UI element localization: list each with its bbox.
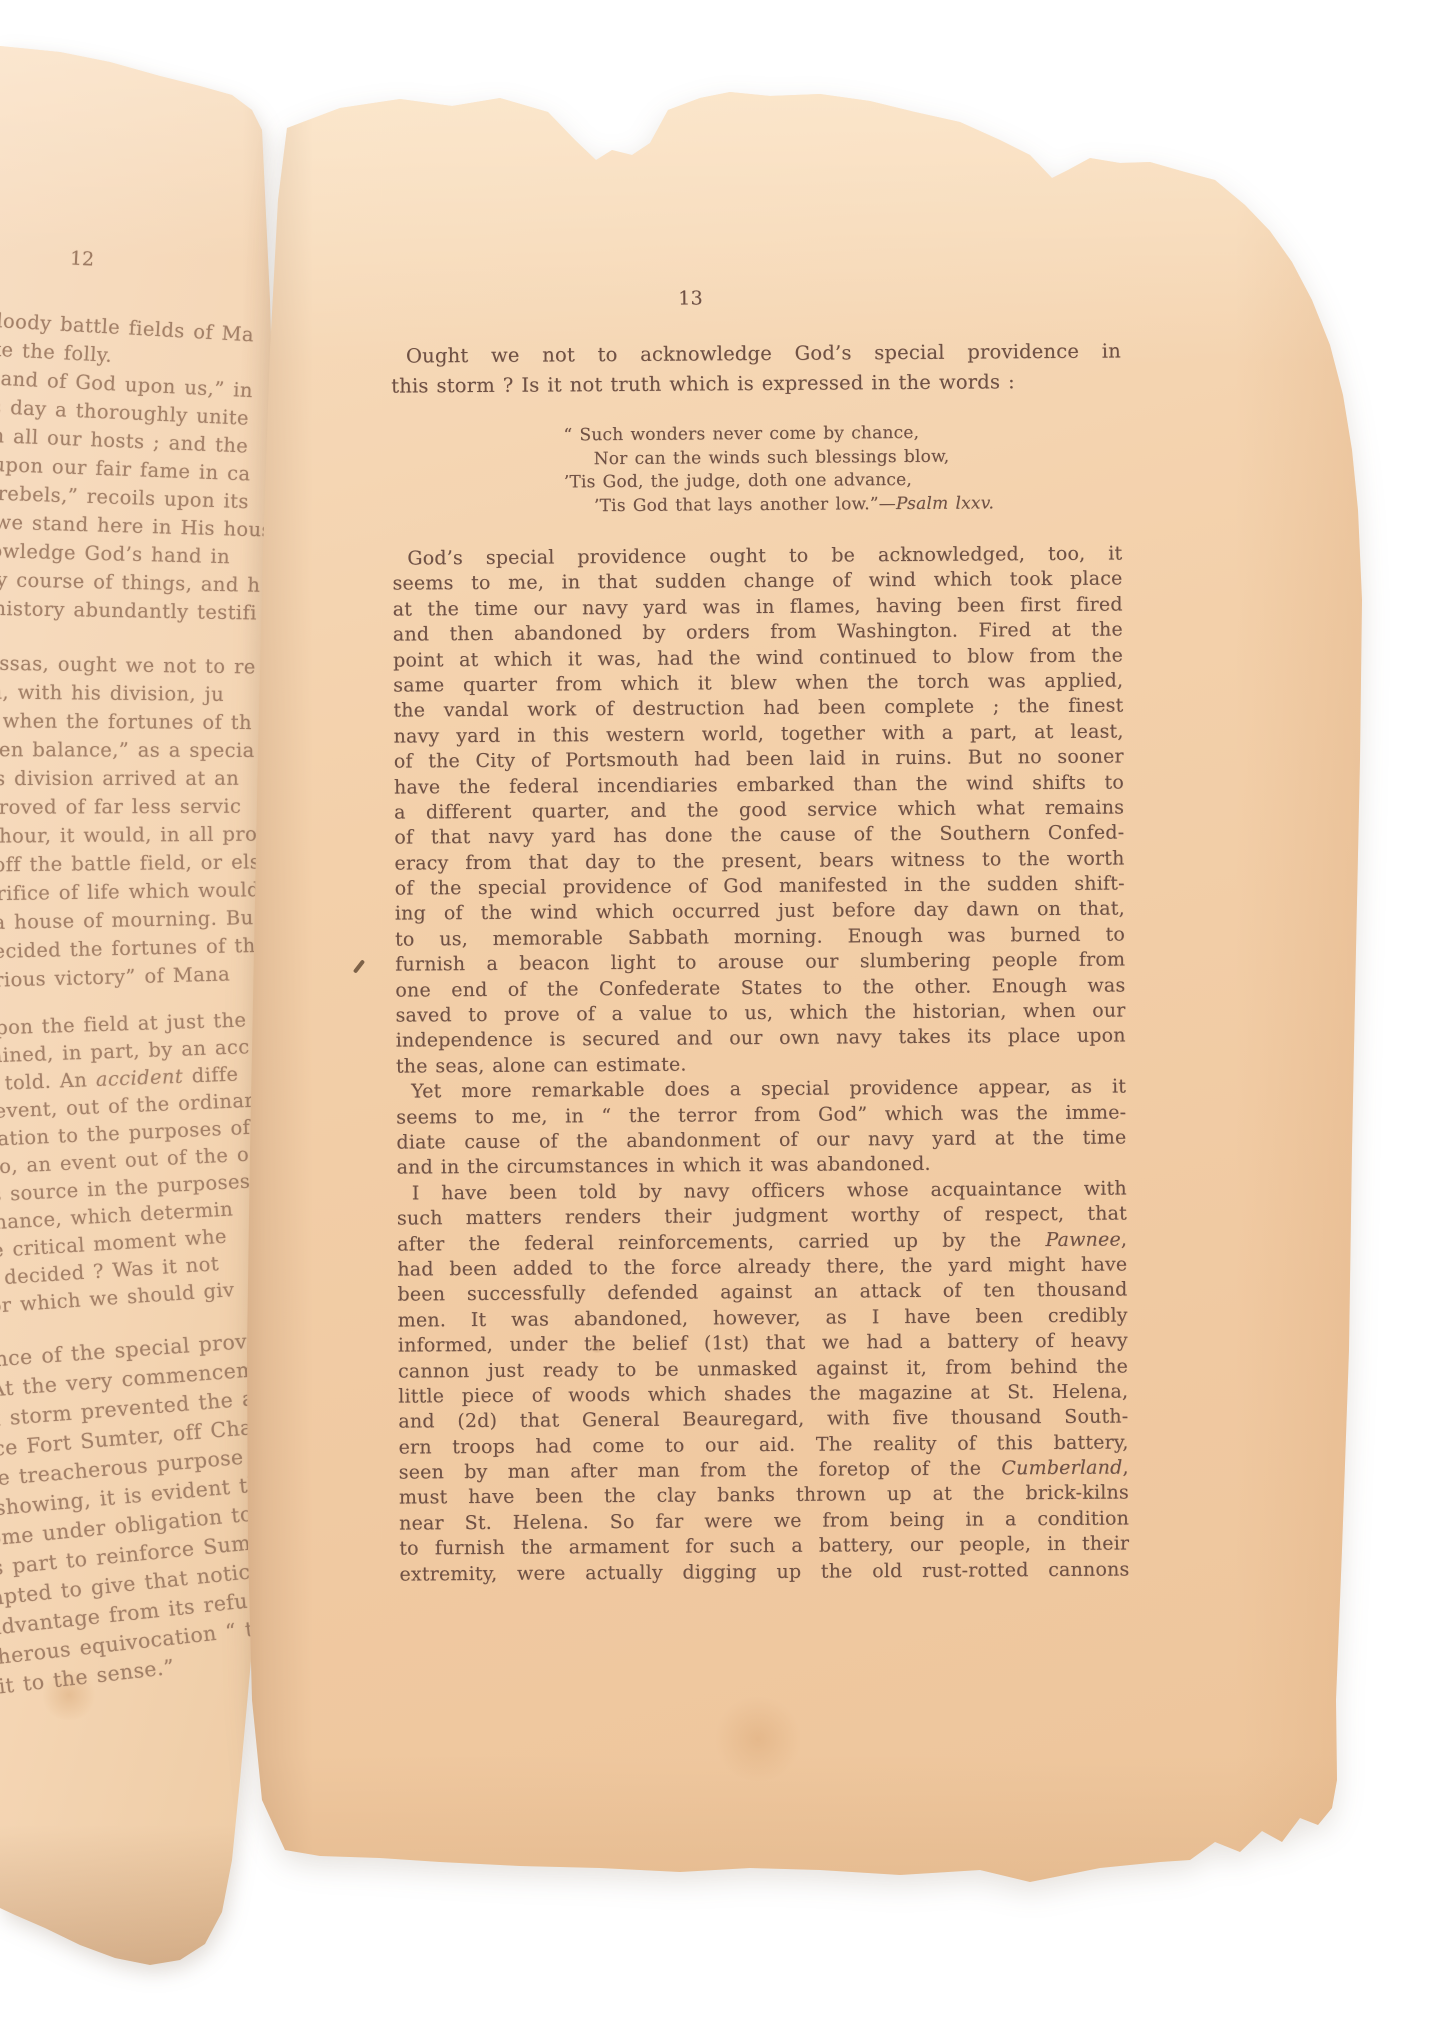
document-photo: 12 the bloody battle fields of Marebuke … xyxy=(0,0,1445,2023)
right-page-bottom-shade xyxy=(225,1755,1365,1885)
page-12-number: 12 xyxy=(69,247,94,270)
page-13-number: 13 xyxy=(325,283,1055,314)
stain xyxy=(589,1339,605,1353)
right-page-highlight xyxy=(225,85,1365,365)
right-page-edge-shade xyxy=(1235,165,1365,1885)
right-page: 13 Ought we not to acknowledge God’s spe… xyxy=(225,85,1365,1885)
left-page-text-block-5: instance of the special providvar. At th… xyxy=(0,1348,307,1708)
ink-fleck xyxy=(353,959,365,973)
left-page-highlight xyxy=(0,40,320,260)
psalm-quote: “ Such wonders never come by chance,Nor … xyxy=(563,420,1122,518)
right-page-shadow: 13 Ought we not to acknowledge God’s spe… xyxy=(0,0,1445,2023)
left-page-text-block-1: the bloody battle fields of Marebuke the… xyxy=(0,303,307,361)
left-page: 12 the bloody battle fields of Marebuke … xyxy=(0,40,320,1975)
left-page-shadow: 12 the bloody battle fields of Marebuke … xyxy=(0,0,1445,2023)
gutter-shadow xyxy=(225,85,313,1885)
navy-officers-paragraph: I have been told by navy officers whose … xyxy=(397,1176,1130,1587)
terror-paragraph: Yet more remarkable does a special provi… xyxy=(396,1075,1127,1182)
providence-paragraph: God’s special providence ought to be ack… xyxy=(392,541,1126,1079)
stain xyxy=(40,1670,98,1720)
right-page-text-column: 13 Ought we not to acknowledge God’s spe… xyxy=(390,282,1129,1587)
stain xyxy=(712,1697,804,1781)
left-page-text-block-3: Manassas, ought we not to reSmith, with … xyxy=(0,648,307,996)
left-page-text-block-2: ood hand of God upon us,” ind this day a… xyxy=(0,361,307,622)
left-page-gutter-shade xyxy=(242,40,320,1975)
left-page-text-block-4: ion upon the field at just theetermined,… xyxy=(0,1016,307,1324)
left-page-curl-shade xyxy=(0,1825,320,1975)
opening-paragraph: Ought we not to acknowledge God’s specia… xyxy=(391,336,1121,401)
